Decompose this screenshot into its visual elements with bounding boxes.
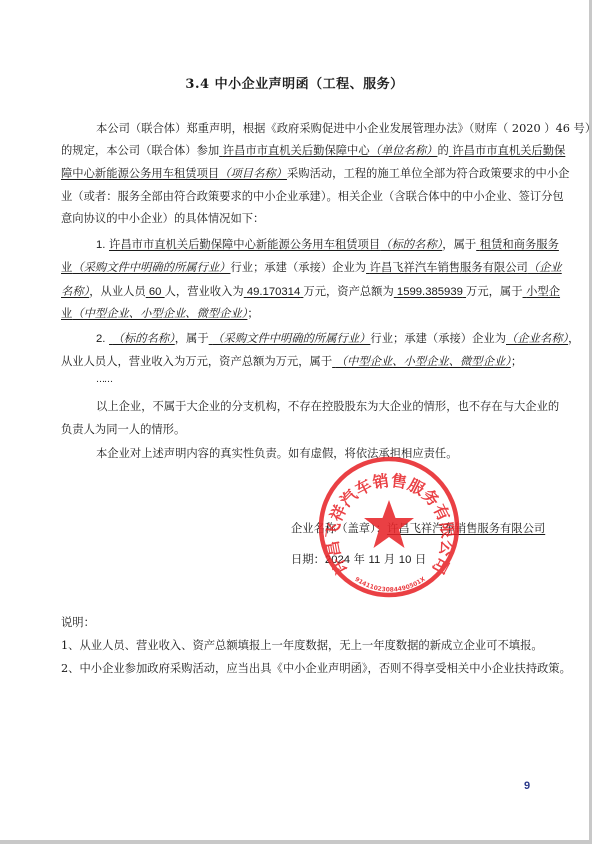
item-2-line-1: 2. （标的名称），属于 （采购文件中明确的所属行业）行业；承建（承接）企业为（…: [96, 331, 579, 347]
responsibility-line: 本企业对上述声明内容的真实性负责。如有虚假，将依法承担相应责任。: [96, 446, 458, 462]
ellipsis: ……: [96, 375, 112, 385]
item-1-staff: 60: [149, 286, 162, 298]
project-name: 许昌市市直机关后勤保: [452, 144, 565, 157]
signature-company-name: 许昌飞祥汽车销售服务有限公司: [387, 522, 545, 535]
item-1-line-1: 1. 许昌市市直机关后勤保障中心新能源公务用车租赁项目（标的名称），属于 租赁和…: [96, 237, 559, 253]
signature-company: 企业名称（盖章）：许昌飞祥汽车销售服务有限公司: [291, 521, 545, 537]
signature-date: 日期：2024 年 11 月 10 日: [291, 552, 426, 568]
intro-line-1: 本公司（联合体）郑重声明，根据《政府采购促进中小企业发展管理办法》（财库（ 20…: [96, 121, 592, 137]
item-1-line-3: 名称），从业人员 60 人，营业收入为 49.170314 万元，资产总额为 1…: [61, 284, 560, 300]
item-1-line-2: 业（采购文件中明确的所属行业）行业；承建（承接）企业为 许昌飞祥汽车销售服务有限…: [61, 260, 562, 276]
intro-line-2: 的规定，本公司（联合体）参加 许昌市市直机关后勤保障中心（单位名称）的 许昌市市…: [61, 143, 565, 159]
item-1-revenue: 49.170314: [247, 286, 300, 298]
intro-line-3: 障中心新能源公务用车租赁项目（项目名称）采购活动，工程的施工单位全部为符合政策要…: [61, 166, 569, 182]
document-page: 3.4 中小企业声明函（工程、服务） 本公司（联合体）郑重声明，根据《政府采购促…: [0, 0, 589, 840]
branch-line-2: 负责人为同一人的情形。: [61, 422, 185, 438]
item-1-line-4: 业（中型企业、小型企业、微型企业）；: [61, 306, 259, 322]
page-title: 3.4 中小企业声明函（工程、服务）: [0, 73, 589, 92]
page-number: 9: [524, 780, 530, 792]
item-1-subject: 许昌市市直机关后勤保障中心新能源公务用车租赁项目: [109, 238, 380, 251]
notes-heading: 说明：: [61, 615, 95, 631]
purchaser-unit: 许昌市市直机关后勤保障中心: [223, 144, 370, 157]
item-1-company: 许昌飞祥汽车销售服务有限公司: [370, 261, 528, 274]
note-1: 1、从业人员、营业收入、资产总额填报上一年度数据，无上一年度数据的新成立企业可不…: [61, 638, 543, 654]
branch-line-1: 以上企业，不属于大企业的分支机构，不存在控股股东为大企业的情形，也不存在与大企业…: [96, 399, 559, 415]
item-1-assets: 1599.385939: [397, 286, 463, 298]
intro-line-5: 意向协议的中小企业）的具体情况如下：: [61, 211, 264, 227]
note-2: 2、中小企业参加政府采购活动，应当出具《中小企业声明函》，否则不得享受相关中小企…: [61, 661, 571, 677]
item-2-line-2: 从业人员人，营业收入为万元，资产总额为万元，属于 （中型企业、小型企业、微型企业…: [61, 354, 522, 370]
svg-text:91411023084490501X: 91411023084490501X: [353, 576, 427, 594]
intro-line-4: 业（或者：服务全部由符合政策要求的中小企业承建）。相关企业（含联合体中的中小企业…: [61, 189, 564, 205]
